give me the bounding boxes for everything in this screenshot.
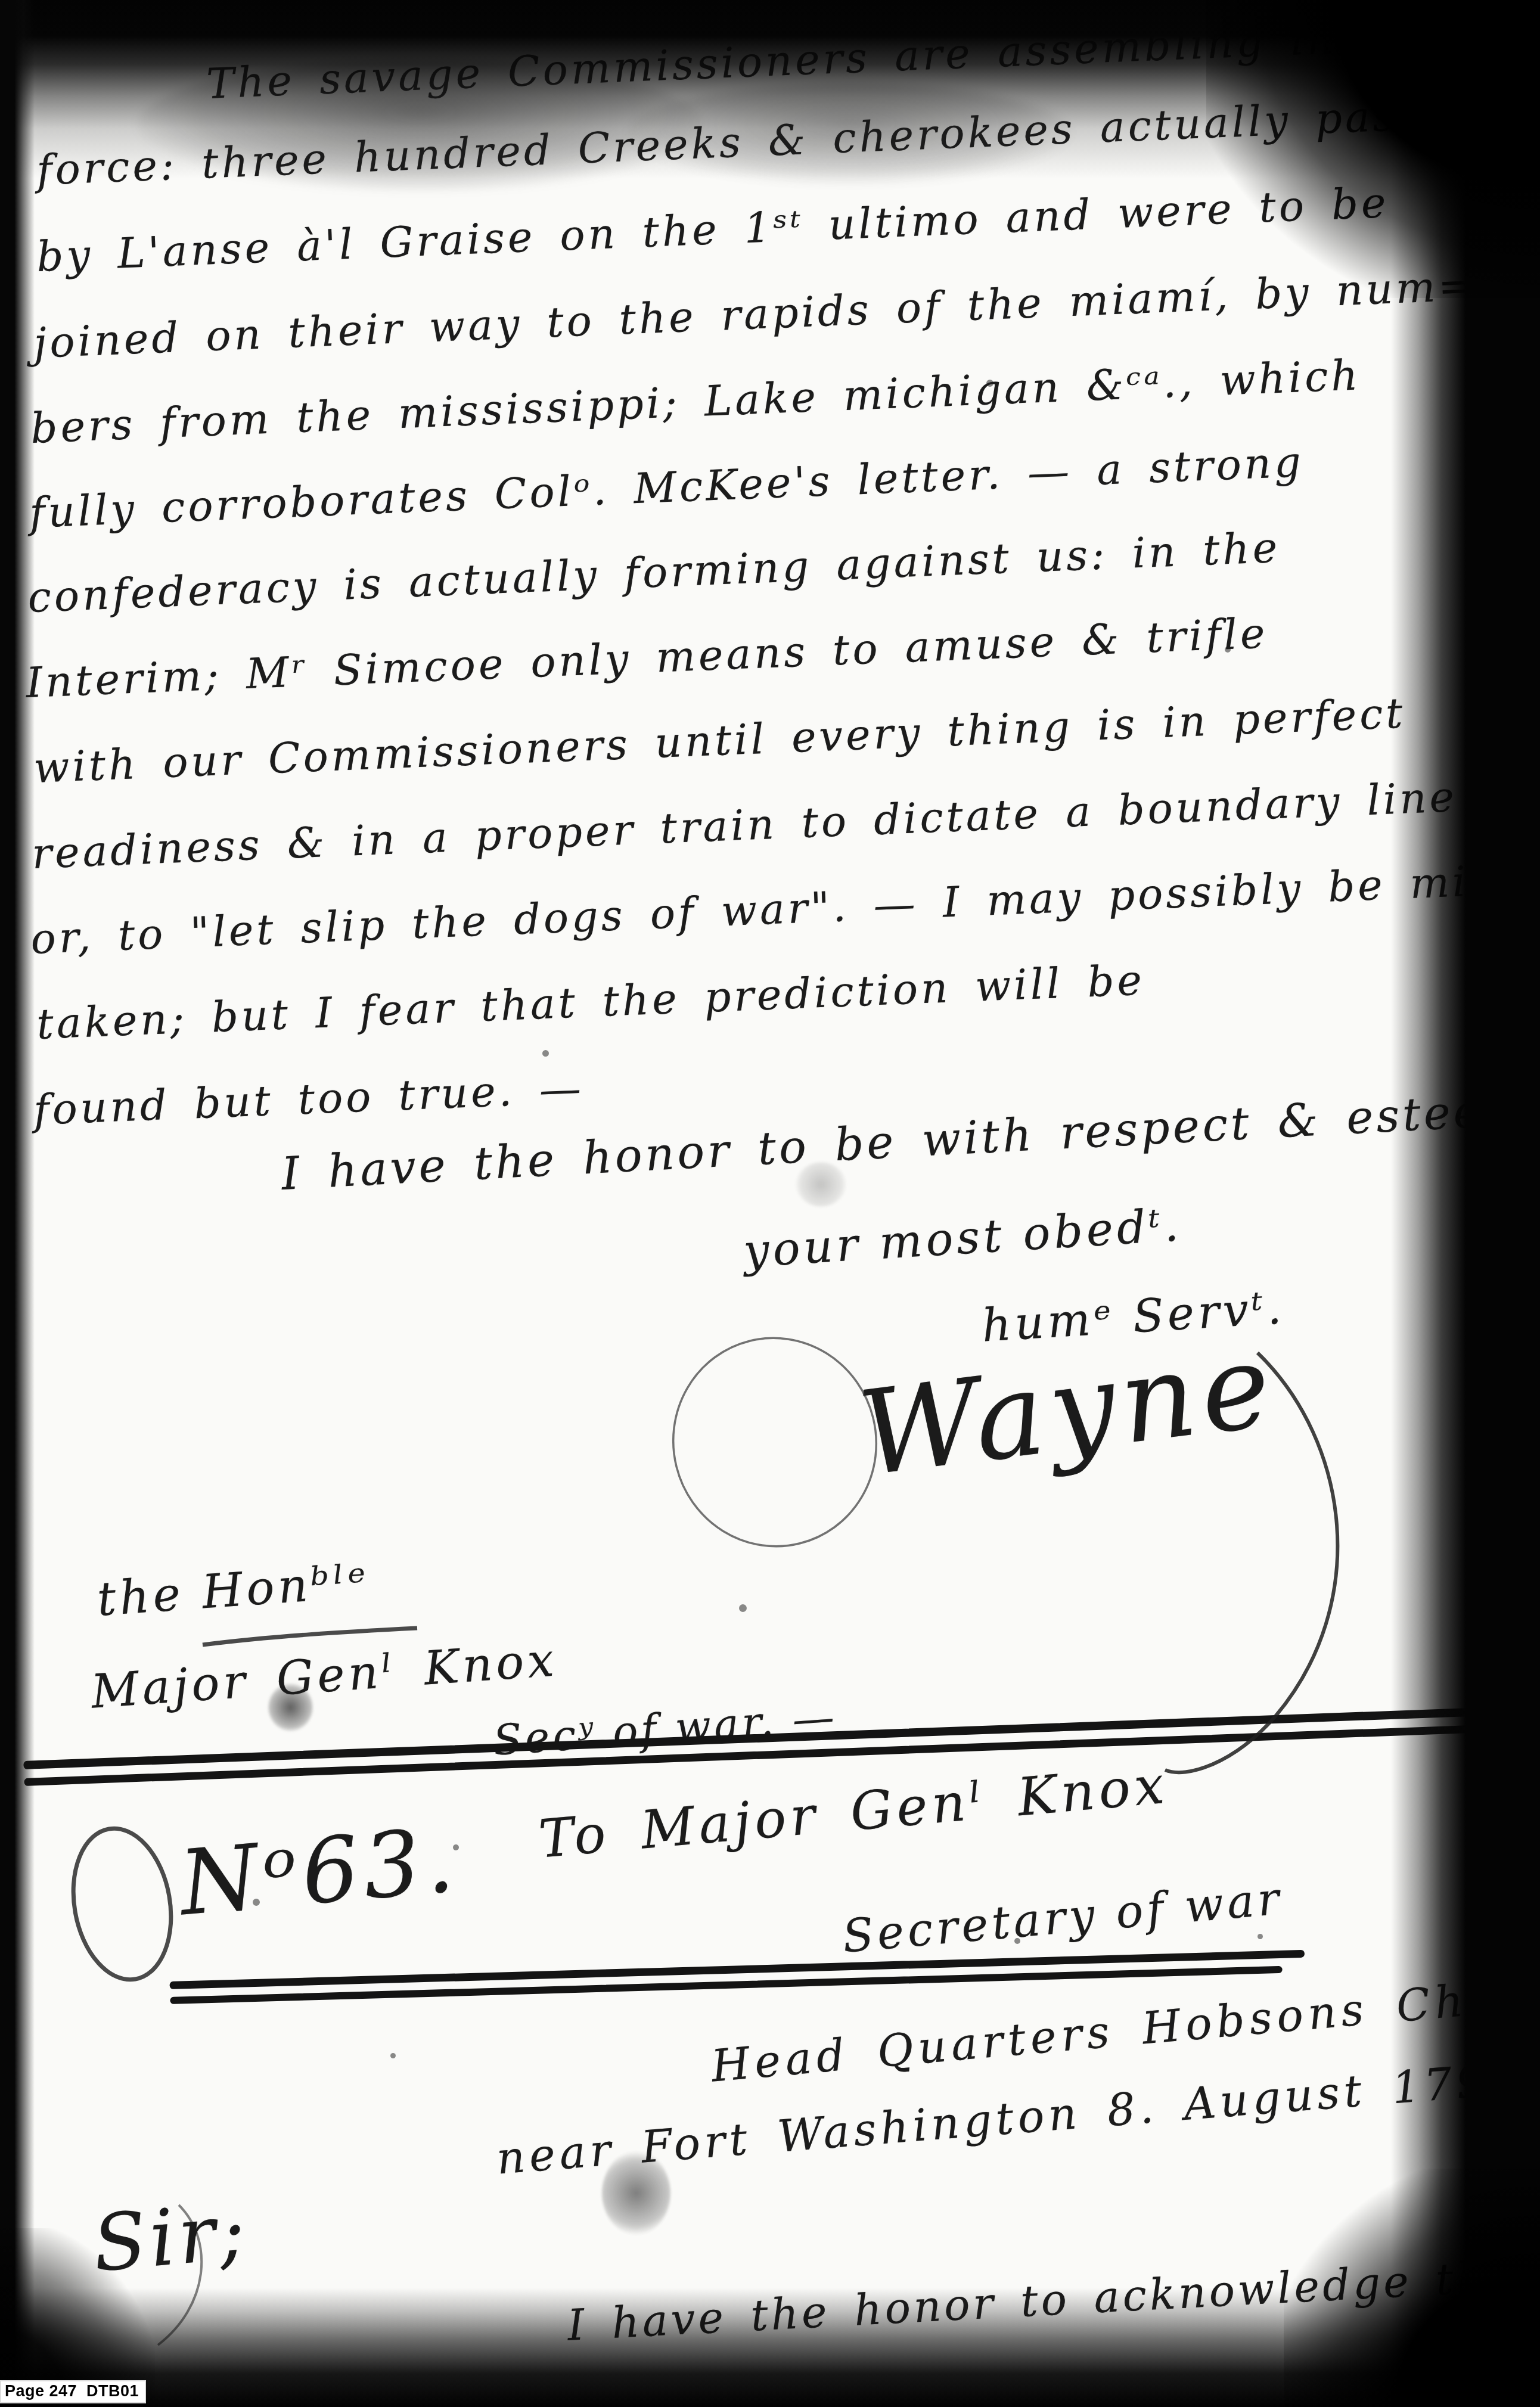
manuscript-line-9: with our Commissioners until every thing…	[33, 689, 1407, 793]
opening-line: I have the honor to acknowledge the	[566, 2251, 1516, 2350]
signature-wayne: Wayne	[852, 1317, 1283, 1502]
manuscript-line-3: by L'anse à'l Graise on the 1ˢᵗ ultimo a…	[36, 178, 1390, 281]
docket-to-line-2: Secretary of war	[840, 1871, 1285, 1962]
salutation: Sir;	[89, 2185, 252, 2289]
manuscript-line-1: The savage Commissioners are assembling …	[206, 14, 1337, 108]
closing-line-2: your most obedᵗ.	[742, 1198, 1184, 1278]
manuscript-line-7: confederacy is actually forming against …	[27, 523, 1281, 622]
page-label: Page 247 DTB01	[0, 2380, 146, 2403]
manuscript-line-10: readiness & in a proper train to dictate…	[31, 772, 1458, 878]
manuscript-line-8: Interim; Mʳ Simcoe only means to amuse &…	[25, 608, 1269, 707]
dateline-2: near Fort Washington 8. August 1793	[495, 2053, 1523, 2185]
hand-drawn-divider-2	[169, 1950, 1305, 2004]
scanned-manuscript-page: The savage Commissioners are assembling …	[0, 0, 1540, 2407]
manuscript-line-5: bers from the mississippi; Lake michigan…	[30, 350, 1362, 453]
manuscript-line-11: or, to "let slip the dogs of war". — I m…	[30, 855, 1532, 964]
manuscript-line-4: joined on their way to the rapids of the…	[33, 261, 1477, 368]
manuscript-line-13: found but too true. —	[33, 1064, 585, 1135]
docket-number: Nᵒ63.	[176, 1808, 462, 1936]
handwriting-layer: The savage Commissioners are assembling …	[0, 0, 1540, 2407]
manuscript-line-6: fully corroborates Colᵒ. McKee's letter.…	[29, 437, 1305, 538]
address-line-1: the Honᵇˡᵉ	[95, 1554, 371, 1627]
manuscript-line-12: taken; but I fear that the prediction wi…	[36, 955, 1145, 1049]
address-line-2: Major Genˡ Knox	[89, 1633, 559, 1719]
docket-to-line-1: To Major Genˡ Knox	[536, 1754, 1170, 1870]
